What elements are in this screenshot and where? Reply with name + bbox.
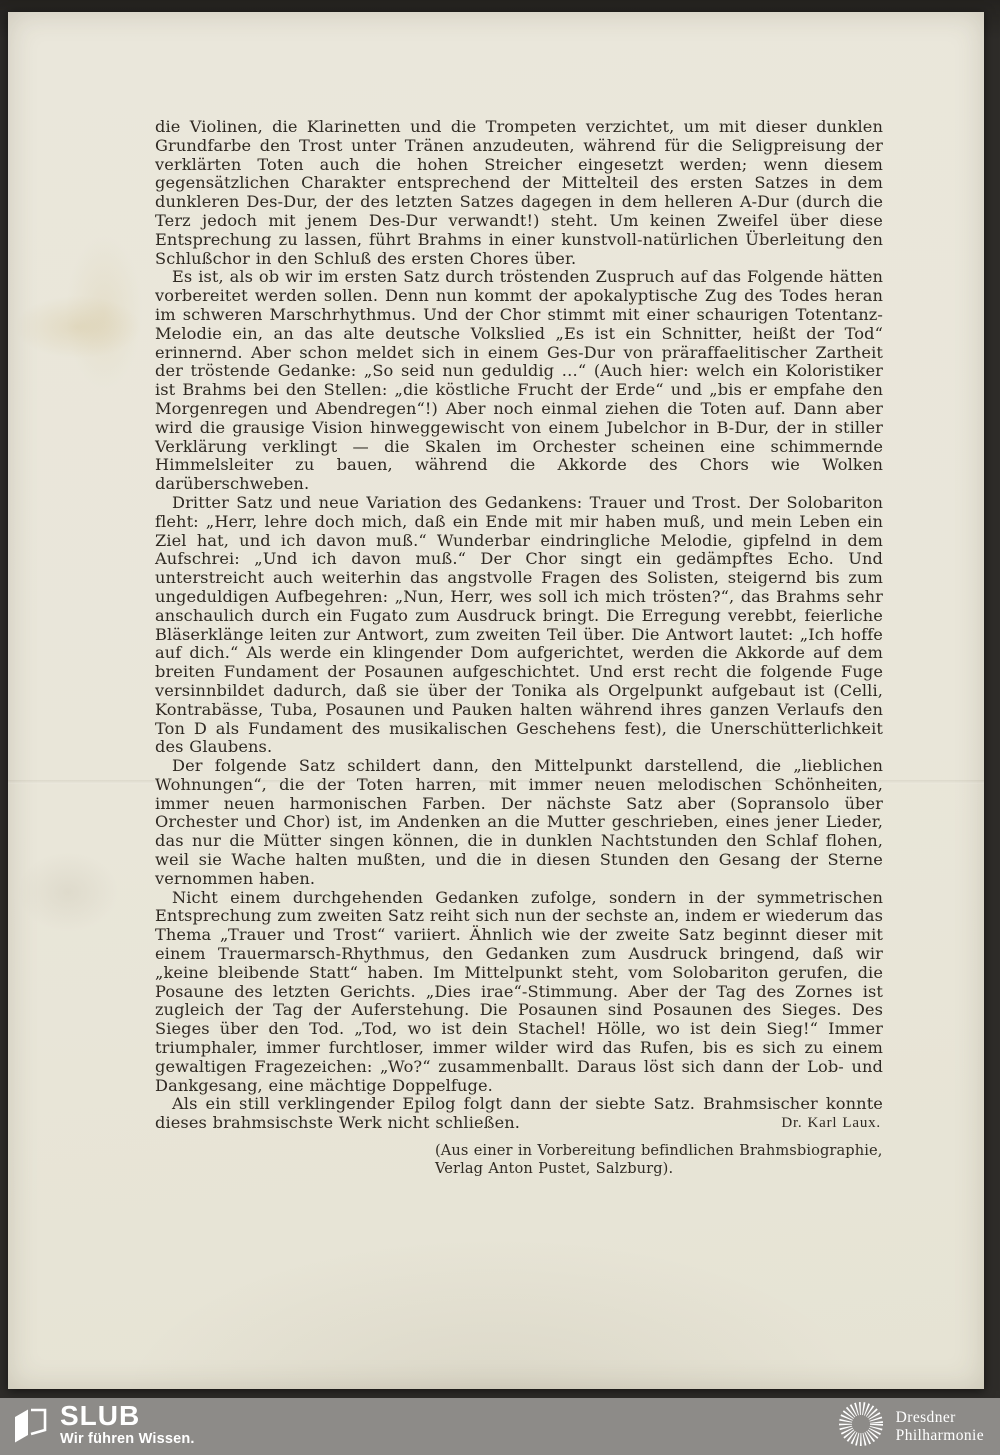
partner-name: Dresdner Philharmonie (896, 1409, 984, 1445)
source-credit-line: Verlag Anton Pustet, Salzburg). (435, 1160, 883, 1178)
source-credit-line: (Aus einer in Vorbereitung befindlichen … (435, 1142, 883, 1160)
paragraph: die Violinen, die Klarinetten und die Tr… (155, 118, 883, 268)
slub-logo[interactable]: SLUB Wir führen Wissen. (12, 1403, 195, 1450)
paragraph: Dritter Satz und neue Variation des Geda… (155, 494, 883, 757)
open-book-icon[interactable] (12, 1405, 48, 1450)
paragraph: Es ist, als ob wir im ersten Satz durch … (155, 268, 883, 494)
paragraphs: die Violinen, die Klarinetten und die Tr… (155, 118, 883, 1133)
page-text-block: die Violinen, die Klarinetten und die Tr… (155, 118, 883, 1177)
paragraph: Nicht einem durchgehenden Gedanken zufol… (155, 889, 883, 1096)
source-credit: (Aus einer in Vorbereitung befindlichen … (435, 1142, 883, 1177)
paragraph: Der folgende Satz schildert dann, den Mi… (155, 757, 883, 889)
library-footer-bar: SLUB Wir führen Wissen. Dresdner Philhar… (0, 1398, 1000, 1455)
dresdner-philharmonie-logo[interactable]: Dresdner Philharmonie (836, 1399, 984, 1454)
partner-name-line: Dresdner (896, 1409, 984, 1427)
sunburst-icon (836, 1399, 886, 1454)
scanned-page: die Violinen, die Klarinetten und die Tr… (8, 12, 984, 1389)
slub-name: SLUB (60, 1403, 195, 1429)
viewer-stage: die Violinen, die Klarinetten und die Tr… (0, 0, 1000, 1455)
slub-tagline: Wir führen Wissen. (60, 1431, 195, 1447)
partner-name-line: Philharmonie (896, 1427, 984, 1445)
slub-brand-text: SLUB Wir führen Wissen. (60, 1403, 195, 1447)
